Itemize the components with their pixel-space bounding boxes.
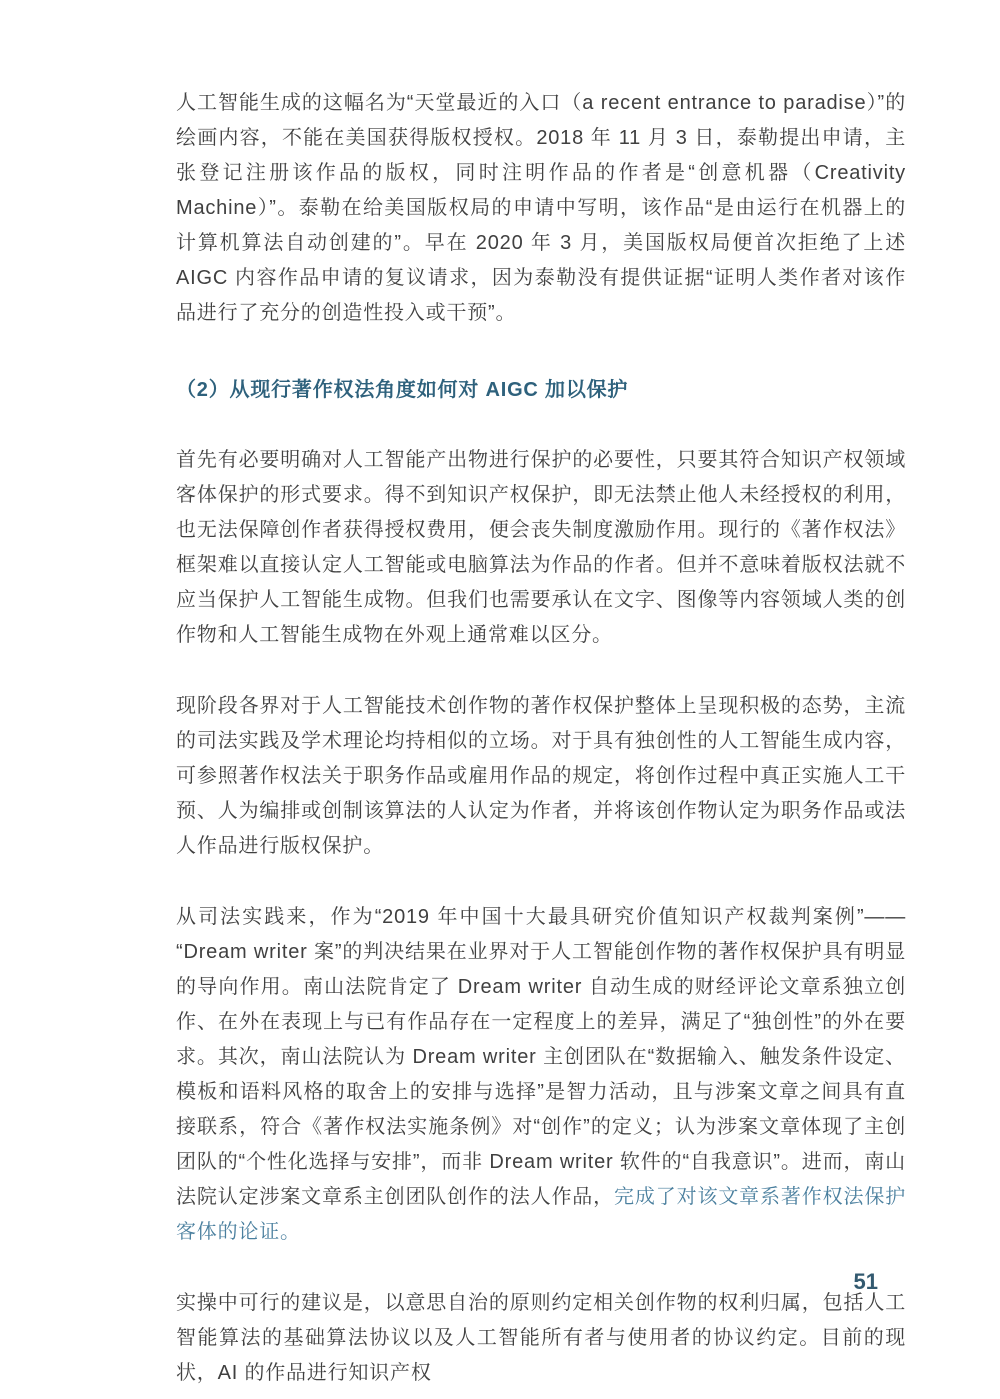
paragraph-copyright-case: 人工智能生成的这幅名为“天堂最近的入口（a recent entrance to… (176, 86, 906, 331)
section-heading: （2）从现行著作权法角度如何对 AIGC 加以保护 (176, 373, 906, 408)
paragraph-dream-writer-main: 从司法实践来，作为“2019 年中国十大最具研究价值知识产权裁判案例”——“Dr… (176, 906, 906, 1208)
paragraph-current-attitude: 现阶段各界对于人工智能技术创作物的著作权保护整体上呈现积极的态势，主流的司法实践… (176, 689, 906, 864)
paragraph-dream-writer-case: 从司法实践来，作为“2019 年中国十大最具研究价值知识产权裁判案例”——“Dr… (176, 900, 906, 1250)
paragraph-protection-necessity: 首先有必要明确对人工智能产出物进行保护的必要性，只要其符合知识产权领域客体保护的… (176, 443, 906, 653)
document-body: 人工智能生成的这幅名为“天堂最近的入口（a recent entrance to… (176, 86, 906, 1391)
page-number: 51 (854, 1266, 878, 1298)
document-page: 人工智能生成的这幅名为“天堂最近的入口（a recent entrance to… (0, 0, 1000, 1399)
paragraph-practical-advice: 实操中可行的建议是，以意思自治的原则约定相关创作物的权利归属，包括人工智能算法的… (176, 1286, 906, 1391)
